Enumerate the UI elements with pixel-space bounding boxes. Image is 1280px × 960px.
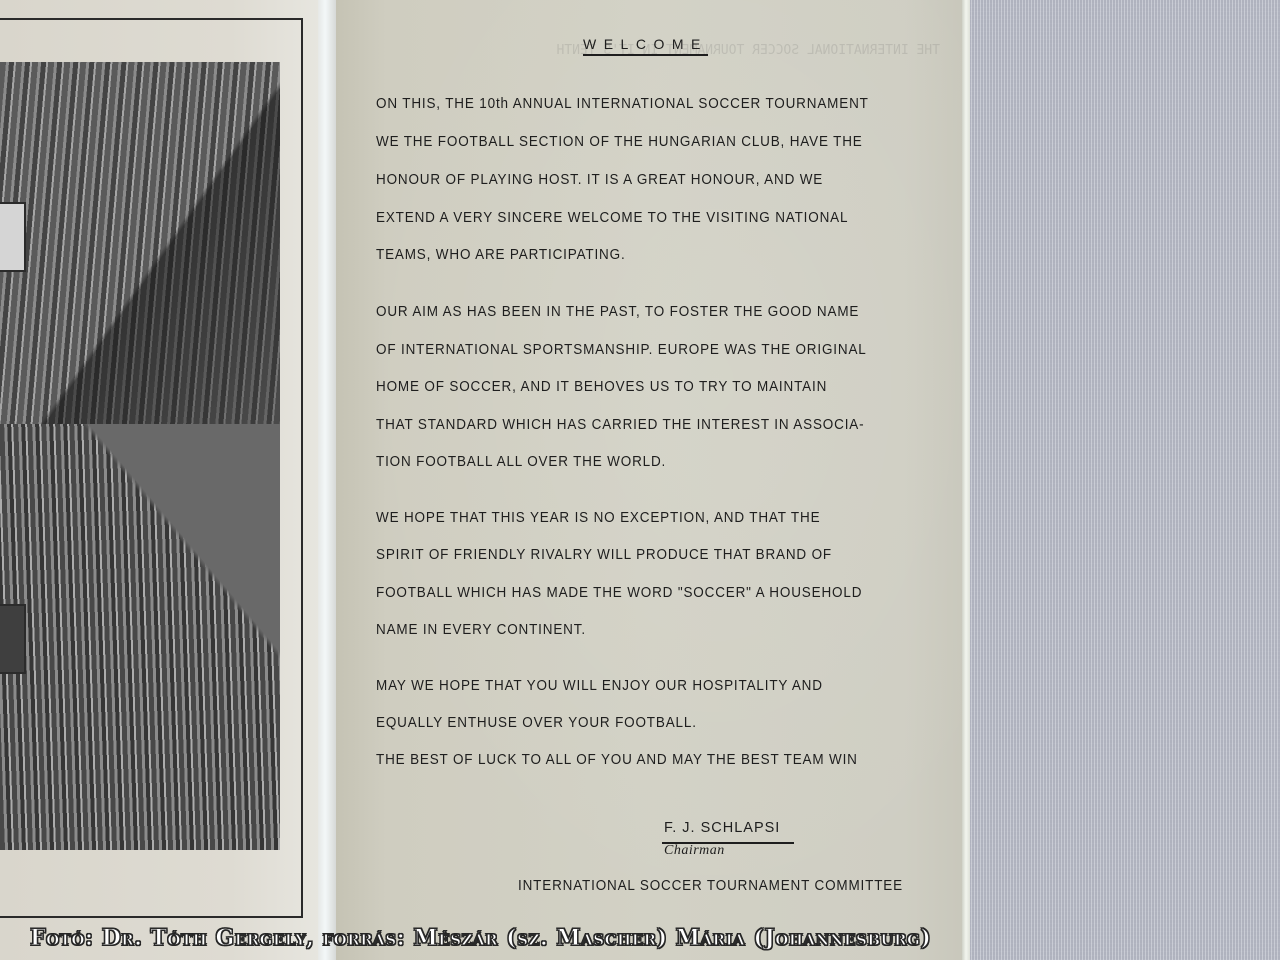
text-line: TEAMS, WHO ARE PARTICIPATING. <box>376 247 626 263</box>
text-line: TION FOOTBALL ALL OVER THE WORLD. <box>376 454 666 470</box>
text-line: HOME OF SOCCER, AND IT BEHOVES US TO TRY… <box>376 379 827 395</box>
venue-photo-top <box>0 62 280 424</box>
committee-name: INTERNATIONAL SOCCER TOURNAMENT COMMITTE… <box>518 878 903 894</box>
text-line: OF INTERNATIONAL SPORTSMANSHIP. EUROPE W… <box>376 342 867 358</box>
text-line: HONOUR OF PLAYING HOST. IT IS A GREAT HO… <box>376 172 823 188</box>
text-line: THAT STANDARD WHICH HAS CARRIED THE INTE… <box>376 417 864 433</box>
text-line: NAME IN EVERY CONTINENT. <box>376 622 586 638</box>
text-line: EQUALLY ENTHUSE OVER YOUR FOOTBALL. <box>376 715 697 731</box>
text-line: FOOTBALL WHICH HAS MADE THE WORD "SOCCER… <box>376 585 862 601</box>
text-line: WE THE FOOTBALL SECTION OF THE HUNGARIAN… <box>376 134 863 150</box>
signatory-role: Chairman <box>664 843 725 859</box>
text-line: WE HOPE THAT THIS YEAR IS NO EXCEPTION, … <box>376 510 820 526</box>
photo-credit-caption: Fotó: Dr. Tóth Gergely, forrás: Mészár (… <box>30 925 1260 951</box>
photo-sign-shape <box>0 604 26 674</box>
booklet-spine <box>318 0 336 960</box>
text-line: OUR AIM AS HAS BEEN IN THE PAST, TO FOST… <box>376 304 859 320</box>
fabric-background <box>968 0 1280 960</box>
text-line: MAY WE HOPE THAT YOU WILL ENJOY OUR HOSP… <box>376 678 823 694</box>
venue-photo-bottom <box>0 424 280 850</box>
left-page <box>0 0 330 960</box>
text-line: SPIRIT OF FRIENDLY RIVALRY WILL PRODUCE … <box>376 547 832 563</box>
signatory-name: F. J. SCHLAPSI <box>664 820 780 836</box>
text-line: ON THIS, THE 10th ANNUAL INTERNATIONAL S… <box>376 96 869 112</box>
page-edge <box>962 0 970 960</box>
text-line: THE BEST OF LUCK TO ALL OF YOU AND MAY T… <box>376 752 858 768</box>
text-line: EXTEND A VERY SINCERE WELCOME TO THE VIS… <box>376 210 848 226</box>
photo-sign-shape <box>0 202 26 272</box>
page-title: WELCOME <box>583 36 708 56</box>
